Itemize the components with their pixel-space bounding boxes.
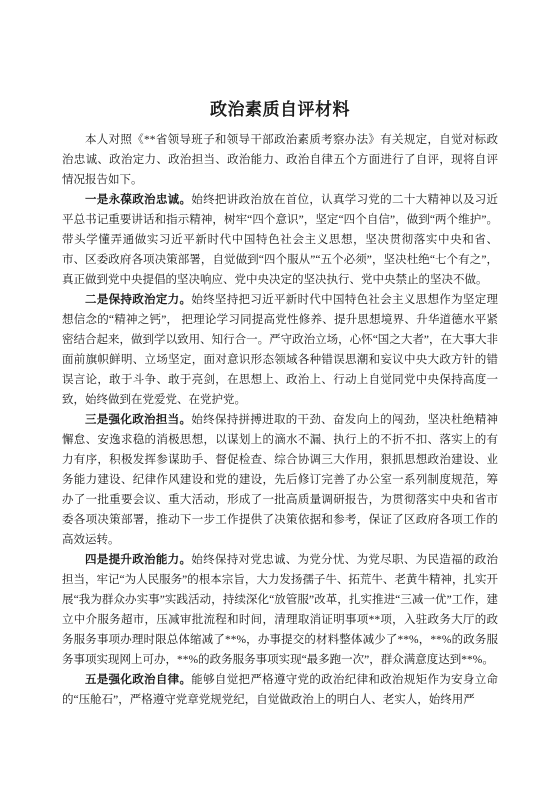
paragraph-lead: 四是提升政治能力。 bbox=[85, 554, 191, 566]
paragraph-lead: 二是保持政治定力。 bbox=[85, 294, 191, 306]
paragraph-political-resolve: 二是保持政治定力。始终坚持把习近平新时代中国特色社会主义思想作为坚定理想信念的“… bbox=[62, 290, 498, 410]
paragraph-lead: 三是强化政治担当。 bbox=[85, 414, 191, 426]
paragraph-text: 始终把讲政治放在首位，认真学习党的二十大精神以及习近平总书记重要讲话和指示精神，… bbox=[62, 194, 498, 286]
paragraph-lead: 五是强化政治自律。 bbox=[85, 674, 191, 686]
paragraph-text: 本人对照《**省领导班子和领导干部政治素质考察办法》有关规定，自觉对标政治忠诚、… bbox=[62, 134, 498, 186]
paragraph-text: 始终保持拼搏进取的干劲、奋发向上的闯劲，坚决杜绝精神懈怠、安逸求稳的消极思想，以… bbox=[62, 414, 498, 546]
paragraph-lead: 一是永葆政治忠诚。 bbox=[85, 194, 191, 206]
paragraph-text: 始终保持对党忠诚、为党分忧、为党尽职、为民造福的政治担当，牢记“为人民服务”的根… bbox=[62, 554, 498, 666]
paragraph-text: 始终坚持把习近平新时代中国特色社会主义思想作为坚定理想信念的“精神之钙”， 把理… bbox=[62, 294, 498, 406]
paragraph-political-loyalty: 一是永葆政治忠诚。始终把讲政治放在首位，认真学习党的二十大精神以及习近平总书记重… bbox=[62, 190, 498, 290]
paragraph-political-discipline: 五是强化政治自律。能够自觉把严格遵守党的政治纪律和政治规矩作为安身立命的“压舱石… bbox=[62, 670, 498, 710]
paragraph-intro: 本人对照《**省领导班子和领导干部政治素质考察办法》有关规定，自觉对标政治忠诚、… bbox=[62, 130, 498, 190]
paragraph-political-capability: 四是提升政治能力。始终保持对党忠诚、为党分忧、为党尽职、为民造福的政治担当，牢记… bbox=[62, 550, 498, 670]
paragraph-political-responsibility: 三是强化政治担当。始终保持拼搏进取的干劲、奋发向上的闯劲，坚决杜绝精神懈怠、安逸… bbox=[62, 410, 498, 550]
document-title: 政治素质自评材料 bbox=[62, 99, 498, 121]
document-page: 政治素质自评材料 本人对照《**省领导班子和领导干部政治素质考察办法》有关规定，… bbox=[0, 0, 560, 792]
